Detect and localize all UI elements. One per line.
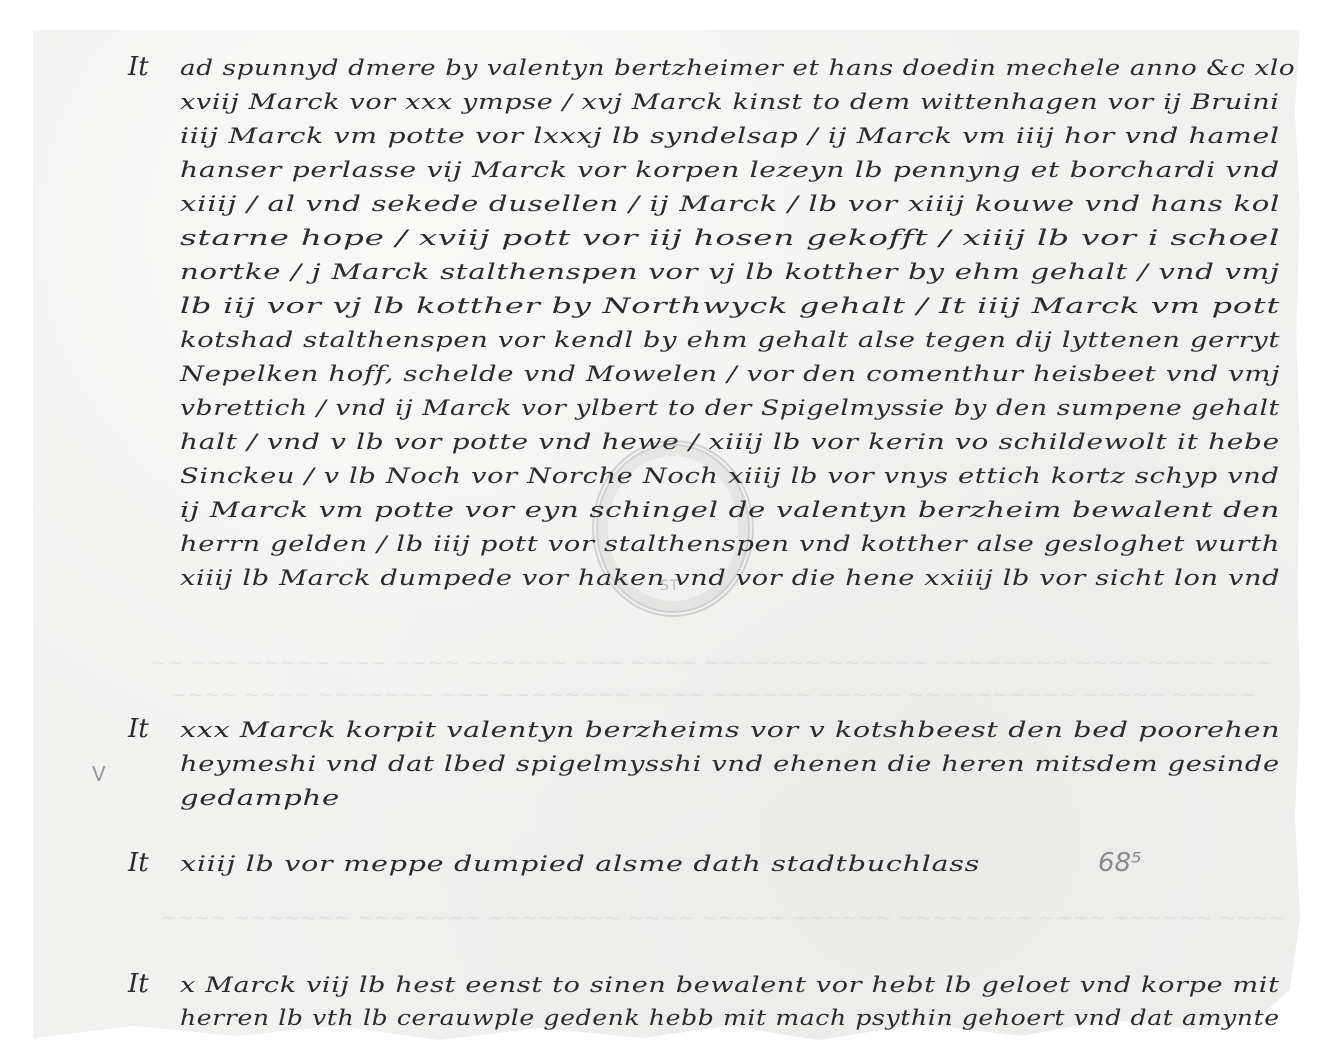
bleed-through-text: ~~~~ ~~~~ ~~~~~~~ ~~~ ~~~~~~~~ ~~~~ ~~~~…: [170, 682, 1256, 706]
handwritten-line: Nepelken hoff, schelde vnd Mowelen / vor…: [180, 362, 1280, 386]
handwritten-line: vbrettich / vnd ij Marck vor ylbert to d…: [180, 396, 1280, 420]
handwritten-line: hanser perlasse vij Marck vor korpen lez…: [180, 158, 1280, 182]
margin-check-mark: V: [92, 762, 106, 786]
handwritten-line: ij Marck vm potte vor eyn schingel de va…: [180, 498, 1280, 522]
handwritten-line: xviij Marck vor xxx ympse / xvj Marck ki…: [180, 90, 1280, 114]
handwritten-line: xiiij / al vnd sekede dusellen / ij Marc…: [180, 192, 1280, 216]
handwritten-line: heymeshi vnd dat lbed spigelmysshi vnd e…: [180, 752, 1280, 776]
handwritten-line: iiij Marck vm potte vor lxxxj lb syndels…: [180, 124, 1280, 148]
handwritten-line: lb iij vor vj lb kotther by Northwyck ge…: [180, 294, 1280, 318]
handwritten-line: Sinckeu / v lb Noch vor Norche Noch xiii…: [180, 464, 1280, 488]
handwritten-line: ad spunnyd dmere by valentyn bertzheimer…: [180, 56, 1295, 80]
pencil-page-number: 68⁵: [1098, 848, 1142, 878]
handwritten-line: starne hope / xviij pott vor iij hosen g…: [180, 226, 1280, 250]
handwritten-line: kotshad stalthenspen vor kendl by ehm ge…: [180, 328, 1280, 352]
bleed-through-text: ~~~~ ~~~~~~~ ~~~ ~~~~ ~~~~~~~~ ~~~~ ~~~~…: [160, 905, 1286, 929]
entry-marker: It: [128, 848, 149, 878]
handwritten-line: xxx Marck korpit valentyn berzheims vor …: [180, 718, 1280, 742]
handwritten-line: herrn gelden / lb iiij pott vor stalthen…: [180, 532, 1280, 556]
entry-marker: It: [128, 969, 149, 999]
entry-marker: It: [128, 714, 149, 744]
handwritten-line: herren lb vth lb cerauwple gedenk hebb m…: [180, 1006, 1280, 1030]
handwritten-line: gedamphe: [180, 786, 340, 810]
bleed-through-text: ~~ ~~~ ~~~~~ ~~~ ~~~~ ~~~~~~ ~~~ ~~~~ ~~…: [150, 650, 1272, 674]
handwritten-line: nortke / j Marck stalthenspen vor vj lb …: [180, 260, 1280, 284]
handwritten-line: xiiij lb Marck dumpede vor haken vnd vor…: [180, 566, 1280, 590]
handwritten-line: xiiij lb vor meppe dumpied alsme dath st…: [180, 852, 980, 876]
handwritten-line: halt / vnd v lb vor potte vnd hewe / xii…: [180, 430, 1280, 454]
handwritten-line: x Marck viij lb hest eenst to sinen bewa…: [180, 973, 1280, 997]
entry-marker: It: [128, 52, 149, 82]
